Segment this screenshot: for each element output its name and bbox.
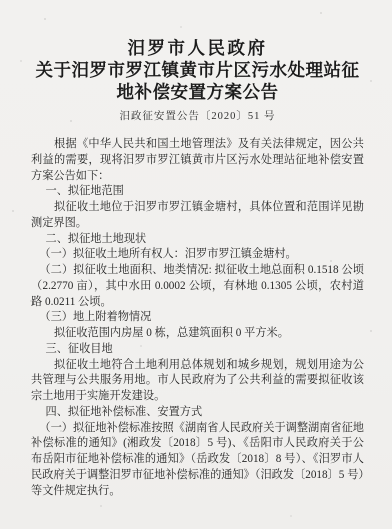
section-heading-1: 一、拟征地范围 xyxy=(31,184,364,200)
section-heading-2: 二、拟征地土地现状 xyxy=(31,232,364,248)
title-line-subject-2: 地补偿安置方案公告 xyxy=(31,81,364,103)
section-heading-3: 三、征收目地 xyxy=(31,342,364,358)
announcement-document-page: 汨罗市人民政府 关于汨罗市罗江镇黄市片区污水处理站征 地补偿安置方案公告 汨政征… xyxy=(0,0,392,529)
title-line-subject-1: 关于汨罗市罗江镇黄市片区污水处理站征 xyxy=(31,59,364,81)
paragraph-purpose: 拟征收土地符合土地利用总体规划和城乡规划，规划用途为公共管理与公共服务用地。市人… xyxy=(31,358,364,405)
paragraph-land-owner: （一）拟征收土地所有权人：汨罗市罗江镇金塘村。 xyxy=(31,247,364,263)
scan-noise-texture xyxy=(0,0,2,2)
title-line-authority: 汨罗市人民政府 xyxy=(31,37,364,59)
paragraph-compensation-basis: （一）拟征地补偿标准按照《湖南省人民政府关于调整湖南省征地补偿标准的通知》(湘政… xyxy=(31,421,364,500)
paragraph-attachments-detail: 拟征收范围内房屋 0 栋，总建筑面积 0 平方米。 xyxy=(31,326,364,342)
paragraph-attachments-head: （三）地上附着物情况 xyxy=(31,310,364,326)
document-number: 汨政征安置公告〔2020〕51 号 xyxy=(31,108,364,123)
paragraph-land-area: （二）拟征收土地面积、地类情况: 拟征收土地总面积 0.1518 公顷（2.27… xyxy=(31,263,364,310)
document-body: 根据《中华人民共和国土地管理法》及有关法律规定，因公共利益的需要，现将汨罗市罗江… xyxy=(31,137,364,499)
paragraph-land-location: 拟征收土地位于汨罗市罗江镇金塘村，具体位置和范围详见勘测定界图。 xyxy=(31,200,364,232)
section-heading-4: 四、拟征地补偿标准、安置方式 xyxy=(31,405,364,421)
document-title: 汨罗市人民政府 关于汨罗市罗江镇黄市片区污水处理站征 地补偿安置方案公告 xyxy=(31,37,364,103)
paragraph-intro: 根据《中华人民共和国土地管理法》及有关法律规定，因公共利益的需要，现将汨罗市罗江… xyxy=(31,137,364,184)
